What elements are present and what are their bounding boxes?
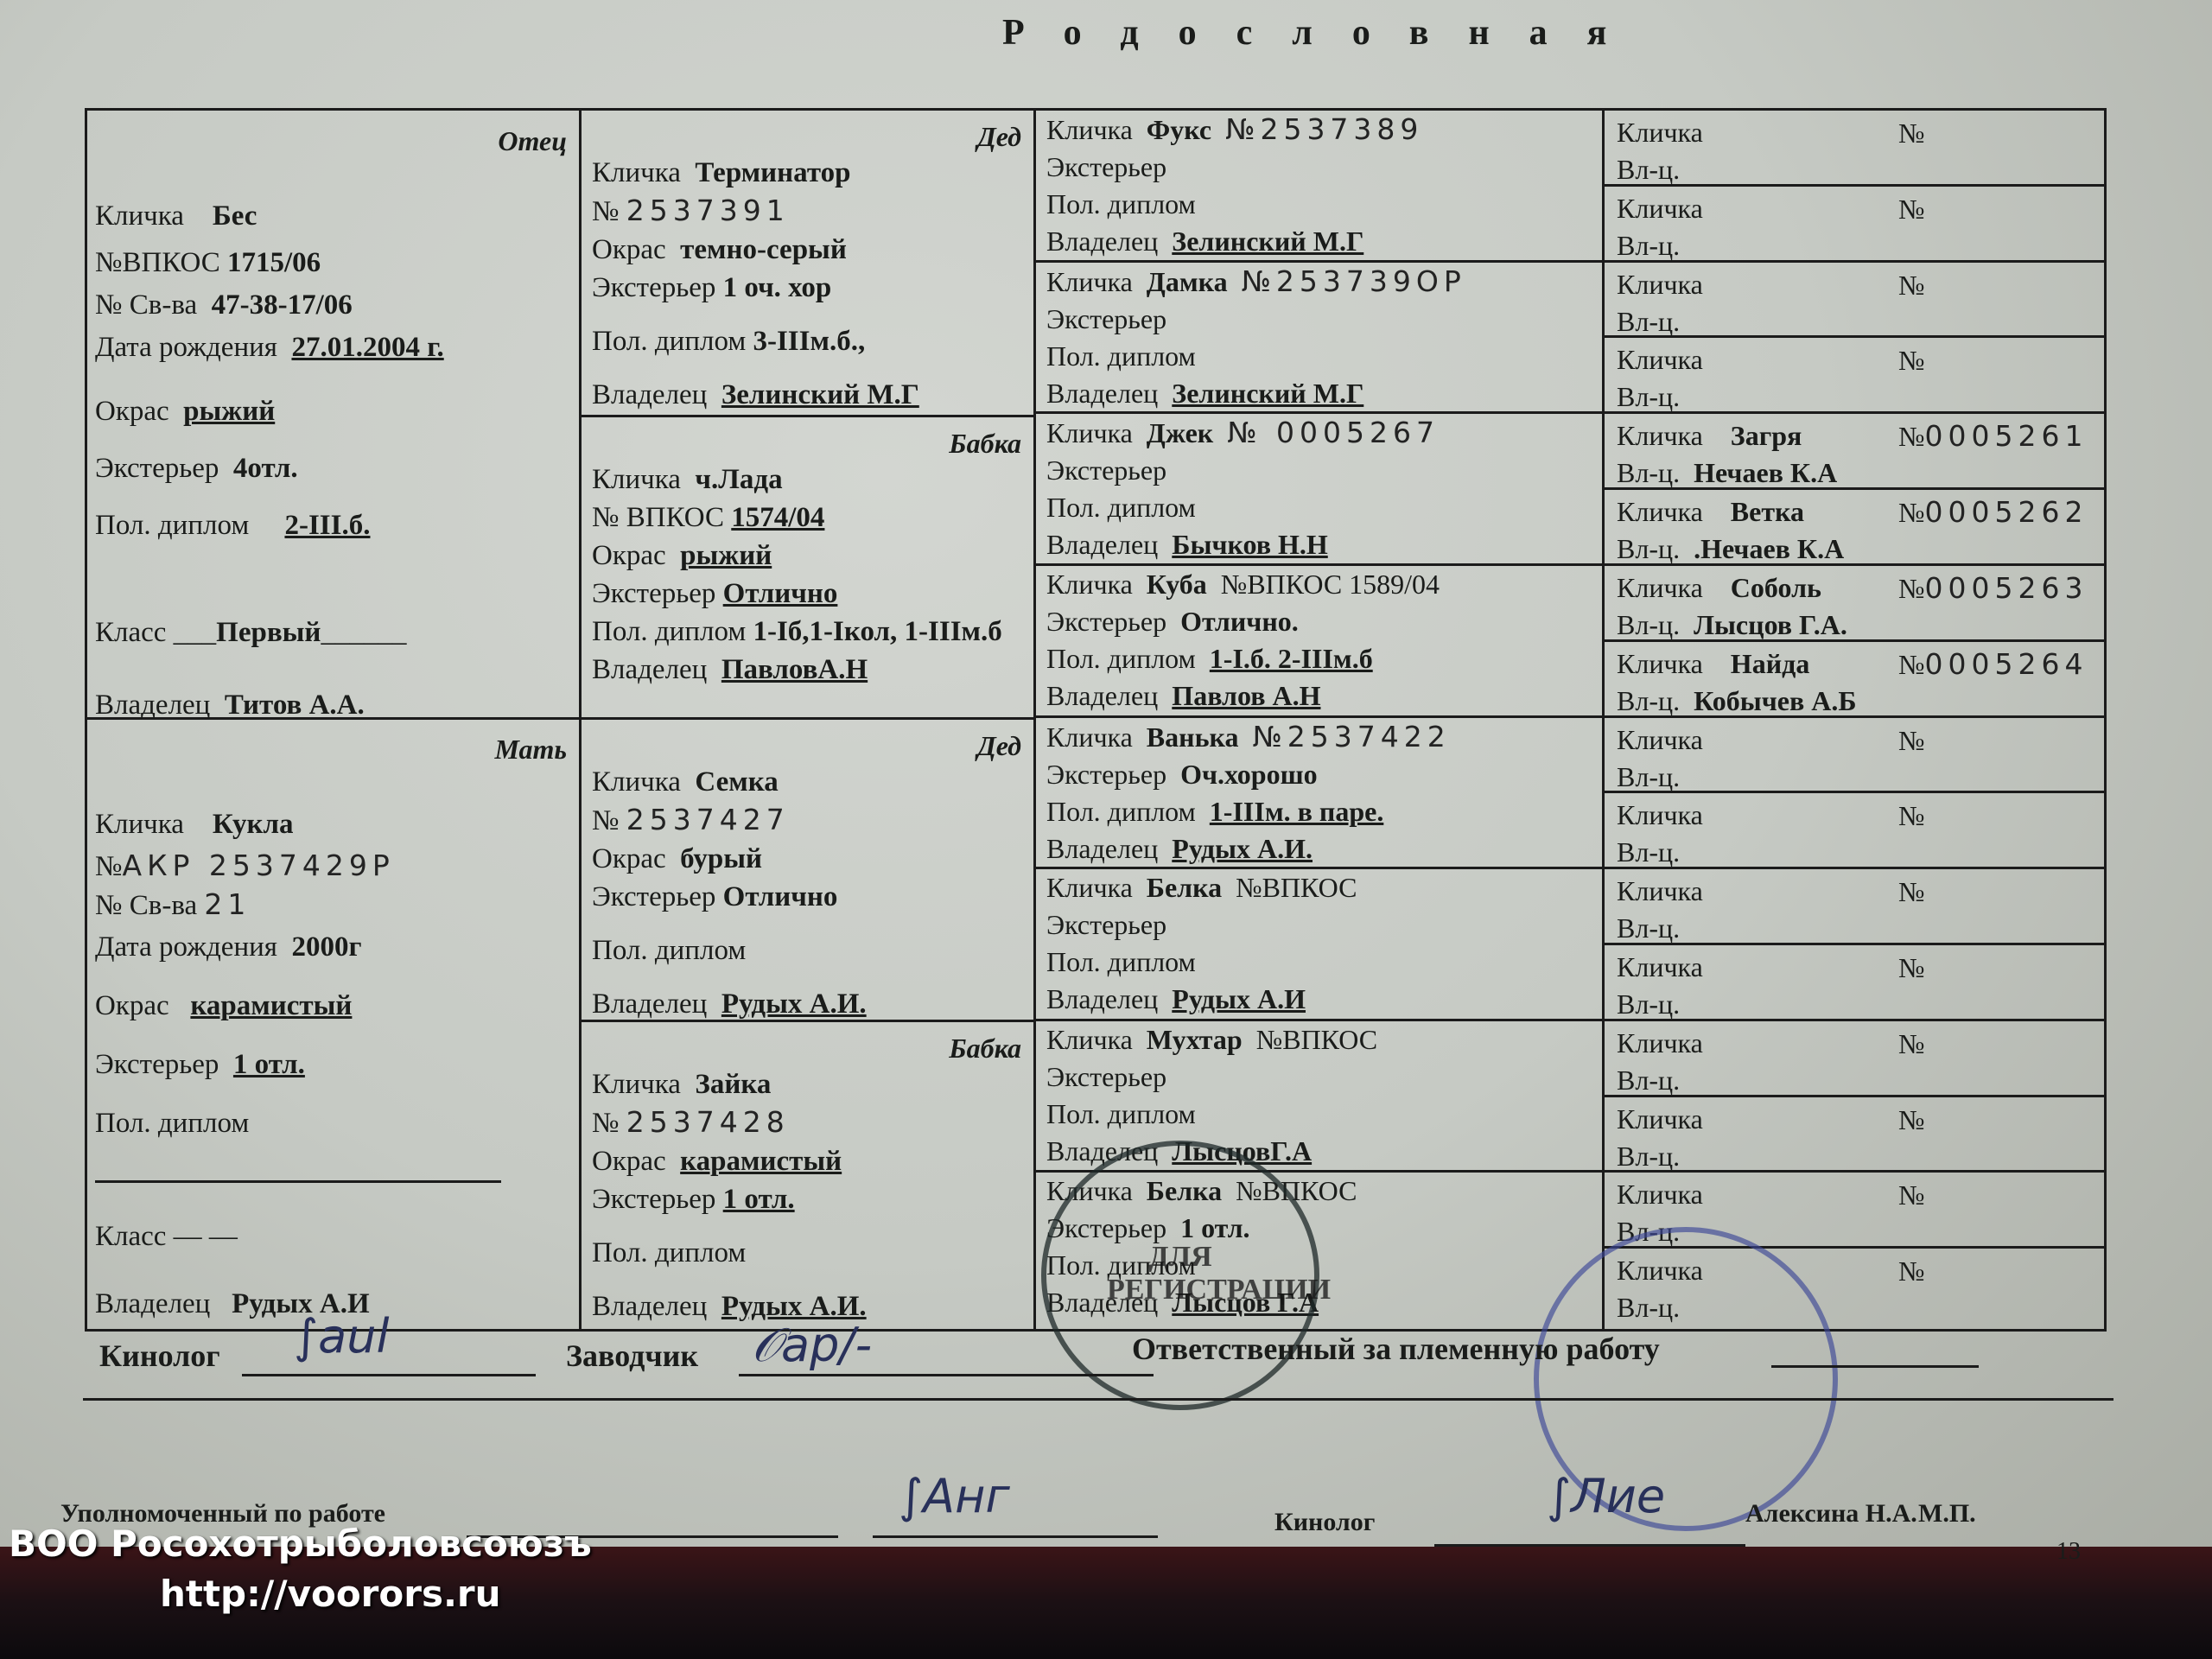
label: Пол. диплом [1046,946,1196,977]
label: Пол. диплом [95,510,249,541]
grandparent-cell: Дед Кличка Терминатор № 2537391 Окрас те… [582,111,1033,417]
label: Дата рождения [95,332,277,363]
label: № [1898,118,1925,149]
grandparent-diploma: 1-Iб,1-Iкол, 1-IIIм.б [753,616,1001,647]
great-grandparent-number: №ВПКОС 1589/04 [1221,569,1440,600]
dam-cert: 21 [204,887,251,921]
label: № [1898,1028,1925,1059]
grandparent-cell: Бабка Кличка ч.Лада № ВПКОС 1574/04 Окра… [582,417,1033,720]
cynologist-line [242,1339,536,1376]
great-grandparent-number: №2537389 [1225,112,1423,146]
great-grandparent-exterior: Отлично. [1180,606,1299,637]
sire-role: Отец [498,118,567,164]
label: Вл-ц. [1617,988,1680,1020]
role-label: Бабка [949,424,1021,462]
dam-class: — — [174,1221,238,1252]
ancestor-owner: Кобычев А.Б [1694,685,1856,716]
dam-name: Кукла [213,809,294,840]
ancestor-name: Загря [1731,420,1802,451]
label: Экстерьер [1046,151,1166,182]
label: Экстерьер [1046,909,1166,940]
grandparent-cell: Бабка Кличка Зайка № 2537428 Окрас карам… [582,1022,1033,1325]
label: Окрас [592,540,666,571]
grandparent-number: 2537391 [626,194,790,227]
label: Владелец [592,1291,707,1322]
label: Владелец [1046,378,1158,409]
label: № [1898,876,1925,907]
label: Класс [95,1221,166,1252]
label: Экстерьер [1046,606,1166,637]
label: Кличка [1617,117,1703,148]
blank-line [95,1180,501,1183]
label: Пол. диплом [1046,188,1196,219]
great-grandparents-column: Кличка Фукс №2537389 Экстерьер Пол. дипл… [1036,111,1602,1329]
label: № [1898,345,1925,376]
ancestor-name: Найда [1731,648,1810,679]
stamp-text: ДЛЯ РЕГИСТРАЦИИ [1107,1241,1254,1306]
dam-cell: Мать Кличка Кукла №АКР 2537429Р № Св-ва … [85,720,579,1325]
label: Кличка [1617,269,1703,300]
label: Вл-ц. [1617,1065,1680,1096]
label: Вл-ц. [1617,912,1680,944]
sire-diploma: 2-III.б. [284,510,370,541]
label: Кличка [1617,1179,1703,1210]
authorized-line-2 [873,1499,1158,1538]
label: Кличка [1617,344,1703,375]
great-grandparent-number: №ВПКОС [1256,1024,1377,1055]
label: Класс [95,617,166,648]
label: № [1898,1104,1925,1135]
sire-cell: Отец Кличка Бес №ВПКОС 1715/06 № Св-ва 4… [85,111,579,720]
label: Пол. диплом [592,935,746,966]
sire-color: рыжий [183,396,275,427]
label: № [1898,573,1925,604]
label: Пол. диплом [1046,492,1196,523]
label: № [1898,497,1925,528]
label: Кличка [1617,799,1703,830]
grandparent-owner: ПавловА.Н [721,654,868,685]
label: Кличка [1046,114,1133,145]
label: Кличка [1617,496,1703,527]
label: № [1898,725,1925,756]
label: №ВПКОС [95,247,220,278]
label: Кличка [1617,724,1703,755]
ancestor-owner: .Нечаев К.А [1694,533,1844,564]
grandparent-name: Терминатор [695,157,850,188]
label: № [1898,1179,1925,1211]
label: Окрас [592,843,666,874]
label: Экстерьер [592,578,715,609]
ancestor-number: 0005263 [1925,571,2088,605]
label: Пол. диплом [1046,796,1196,827]
ancestor-cell: Кличка Загря№0005261 Вл-ц. Нечаев К.А [1605,414,2104,490]
ancestor-cell: Кличка № Вл-ц. [1605,1021,2104,1097]
grandparent-number: 2537427 [626,803,790,836]
sire-birth: 27.01.2004 г. [291,332,443,363]
great-grandparent-number: №2537422 [1252,720,1450,753]
great-grandparent-cell: Кличка Мухтар №ВПКОС Экстерьер Пол. дипл… [1036,1021,1602,1173]
label: Окрас [592,234,666,265]
sire-cert: 47-38-17/06 [212,289,353,321]
label: Пол. диплом [1046,643,1196,674]
great-grandparent-cell: Кличка Куба №ВПКОС 1589/04 Экстерьер Отл… [1036,566,1602,718]
sire-owner: Титов А.А. [225,690,365,721]
label: Кличка [1617,1027,1703,1058]
great-grandparent-name: Дамка [1147,266,1228,297]
label: Владелец [95,690,210,721]
dam-birth: 2000г [291,931,361,963]
table-border [2104,111,2107,1329]
signature-row: Кинолог Заводчик Ответственный за племен… [95,1331,2108,1400]
label: Окрас [592,1146,666,1177]
great-grandparent-cell: Кличка Ванька №2537422 Экстерьер Оч.хоро… [1036,718,1602,870]
label: Экстерьер [95,1049,219,1080]
label: № [1898,1255,1925,1287]
ancestor-cell: Кличка № Вл-ц. [1605,1097,2104,1173]
label: Кличка [95,809,184,840]
label: Пол. диплом [592,616,746,647]
grandparent-cell: Дед Кличка Семка № 2537427 Окрас бурый Э… [582,720,1033,1022]
label: Кличка [1617,572,1703,603]
label: Кличка [592,1069,681,1100]
label: Дата рождения [95,931,277,963]
label: № Св-ва [95,289,197,321]
role-label: Дед [977,118,1021,156]
label: № [1898,270,1925,301]
dam-number: АКР 2537429Р [123,849,395,882]
sire-name: Бес [213,200,257,232]
grandparent-diploma: 3-IIIм.б., [753,326,865,357]
label: № [592,1108,620,1139]
ancestor-cell: Кличка Ветка№0005262 Вл-ц. .Нечаев К.А [1605,490,2104,566]
label: № [1898,800,1925,831]
ancestor-cell: Кличка № Вл-ц. [1605,111,2104,187]
label: Кличка [1617,951,1703,982]
label: Вл-ц. [1617,457,1680,488]
label: Кличка [1046,721,1133,753]
grandparent-owner: Зелинский М.Г [721,379,919,410]
grandparents-column: Дед Кличка Терминатор № 2537391 Окрас те… [582,111,1033,1329]
ancestor-cell: Кличка № Вл-ц. [1605,869,2104,945]
footer-divider [83,1398,2113,1401]
label: Вл-ц. [1617,685,1680,716]
ancestor-cell: Кличка Найда№0005264 Вл-ц. Кобычев А.Б [1605,642,2104,718]
label: Кличка [95,200,184,232]
cynologist-label: Кинолог [99,1338,220,1374]
signer-name: Алексина Н.А. [1745,1499,1917,1529]
great-grandparent-cell: Кличка Дамка №253739ОР Экстерьер Пол. ди… [1036,263,1602,415]
label: № [1898,421,1925,452]
sire-class: Первый [216,617,321,648]
dam-role: Мать [494,727,567,772]
grandparent-owner: Рудых А.И. [721,988,867,1020]
grandparent-exterior: Отлично [723,881,838,912]
label: Пол. диплом [592,1237,746,1268]
ancestor-owner: Нечаев К.А [1694,457,1837,488]
label: № [1898,194,1925,225]
ancestor-cell: Кличка Соболь№0005263 Вл-ц. Лысцов Г.А. [1605,566,2104,642]
responsible-label: Ответственный за племенную работу [1132,1331,1660,1367]
ancestor-number: 0005262 [1925,495,2088,529]
label: Кличка [1617,648,1703,679]
label: Окрас [95,396,169,427]
grandparent-exterior: Отлично [723,578,838,609]
grandparent-exterior: 1 оч. хор [723,272,832,303]
label: № [1898,952,1925,983]
label: Владелец [1046,226,1158,257]
label: Кличка [1046,417,1133,448]
cynologist2-line [1434,1508,1745,1547]
label: Экстерьер [592,881,715,912]
grandparent-color: рыжий [680,540,772,571]
grandparent-name: Зайка [695,1069,771,1100]
great-grandparent-owner: Рудых А.И. [1172,833,1313,864]
label: Вл-ц. [1617,533,1680,564]
label: Пол. диплом [95,1108,249,1139]
great-grandparent-cell: Кличка Белка №ВПКОС Экстерьер Пол. дипло… [1036,869,1602,1021]
ancestor-cell: Кличка № Вл-ц. [1605,263,2104,339]
label: № [592,196,620,227]
label: Кличка [1046,569,1133,600]
cynologist2-label: Кинолог [1274,1508,1375,1537]
label: № Св-ва [95,890,197,921]
label: Экстерьер [592,272,715,303]
sire-exterior: 4отл. [233,453,298,484]
great-grandparent-exterior: Оч.хорошо [1180,759,1318,790]
label: Владелец [1046,983,1158,1014]
label: Экстерьер [592,1184,715,1215]
ancestor-cell: Кличка № Вл-ц. [1605,338,2104,414]
label: Владелец [1046,833,1158,864]
great-grandparent-owner: Зелинский М.Г [1172,226,1363,257]
grandparent-name: ч.Лада [695,464,782,495]
label: № [592,805,620,836]
great-grandparent-name: Джек [1147,417,1213,448]
great-grandparent-owner: Бычков Н.Н [1172,529,1327,560]
label: Владелец [592,654,707,685]
label: Вл-ц. [1617,230,1680,261]
sire-vpkos: 1715/06 [227,247,321,278]
label: Экстерьер [95,453,219,484]
great-grandparent-owner: Зелинский М.Г [1172,378,1363,409]
breeder-line [739,1339,1154,1376]
label: Кличка [1617,1103,1703,1135]
grandparent-color: бурый [680,843,762,874]
great-grandparent-name: Ванька [1147,721,1239,753]
label: Кличка [1617,193,1703,224]
watermark-title: ВОО Росохотрыболовсоюзъ [9,1522,592,1565]
label: Кличка [1617,875,1703,906]
grandparent-color: карамистый [680,1146,842,1177]
label: Кличка [1046,266,1133,297]
parents-column: Отец Кличка Бес №ВПКОС 1715/06 № Св-ва 4… [85,111,579,1329]
label: Экстерьер [1046,1061,1166,1092]
label: Вл-ц. [1617,1141,1680,1172]
great-grandparent-cell: Кличка Джек № 0005267 Экстерьер Пол. дип… [1036,414,1602,566]
seal-label: М.П. [1918,1499,1976,1529]
great-grandparent-name: Белка [1147,872,1222,903]
pedigree-table: Отец Кличка Бес №ВПКОС 1715/06 № Св-ва 4… [85,108,2107,1332]
ancestor-cell: Кличка № Вл-ц. [1605,945,2104,1021]
label: № [1898,649,1925,680]
label: Пол. диплом [592,326,746,357]
grandparent-number: 1574/04 [731,502,824,533]
label: № [95,851,123,882]
label: Вл-ц. [1617,154,1680,185]
ancestor-cell: Кличка № Вл-ц. [1605,718,2104,794]
label: Кличка [1046,872,1133,903]
grandparent-name: Семка [695,766,778,798]
great-grandparent-owner: Рудых А.И [1172,983,1306,1014]
great-grandparent-name: Фукс [1147,114,1211,145]
great-grandparent-number: №ВПКОС [1236,872,1357,903]
dam-color: карамистый [190,990,352,1021]
label: № ВПКОС [592,502,724,533]
label: Вл-ц. [1617,836,1680,868]
role-label: Дед [977,727,1021,765]
ancestor-owner: Лысцов Г.А. [1694,609,1847,640]
responsible-line [1771,1331,1979,1368]
great-grandparent-number: № 0005267 [1227,416,1440,449]
ancestor-cell: Кличка № Вл-ц. [1605,187,2104,263]
ancestor-number: 0005261 [1925,419,2088,453]
great-grandparent-diploma: 1-IIIм. в паре. [1210,796,1384,827]
label: Пол. диплом [1046,1098,1196,1129]
watermark-url[interactable]: http://voorors.ru [160,1573,501,1615]
breeder-label: Заводчик [566,1338,698,1374]
page-number: 13 [2056,1538,2081,1566]
label: Экстерьер [1046,454,1166,486]
label: Владелец [95,1288,210,1319]
label: Кличка [592,766,681,798]
grandparent-number: 2537428 [626,1105,790,1139]
ancestor-number: 0005264 [1925,647,2088,681]
label: Экстерьер [1046,303,1166,334]
grandparent-color: темно-серый [680,234,847,265]
label: Кличка [1617,420,1703,451]
label: Вл-ц. [1617,761,1680,792]
label: Окрас [95,990,169,1021]
label: Вл-ц. [1617,306,1680,337]
label: Экстерьер [1046,759,1166,790]
ancestor-cell: Кличка № Вл-ц. [1605,793,2104,869]
label: Владелец [1046,680,1158,711]
label: Кличка [1046,1024,1133,1055]
great-great-grandparents-column: Кличка № Вл-ц. Кличка № Вл-ц. Кличка № В… [1605,111,2104,1329]
ancestor-name: Соболь [1731,572,1821,603]
label: Владелец [592,988,707,1020]
great-grandparent-name: Мухтар [1147,1024,1243,1055]
great-grandparent-name: Куба [1147,569,1207,600]
great-grandparent-diploma: 1-I.б. 2-IIIм.б [1210,643,1373,674]
label: Вл-ц. [1617,609,1680,640]
label: Кличка [592,464,681,495]
document-title: Родословная [1002,12,1646,54]
label: Вл-ц. [1617,381,1680,412]
dam-exterior: 1 отл. [233,1049,305,1080]
label: Кличка [592,157,681,188]
great-grandparent-number: №253739ОР [1242,264,1466,298]
label: Владелец [1046,529,1158,560]
label: Владелец [592,379,707,410]
great-grandparent-owner: Павлов А.Н [1172,680,1320,711]
great-grandparent-cell: Кличка Фукс №2537389 Экстерьер Пол. дипл… [1036,111,1602,263]
ancestor-name: Ветка [1731,496,1804,527]
grandparent-exterior: 1 отл. [723,1184,795,1215]
label: Пол. диплом [1046,340,1196,372]
role-label: Бабка [949,1029,1021,1067]
